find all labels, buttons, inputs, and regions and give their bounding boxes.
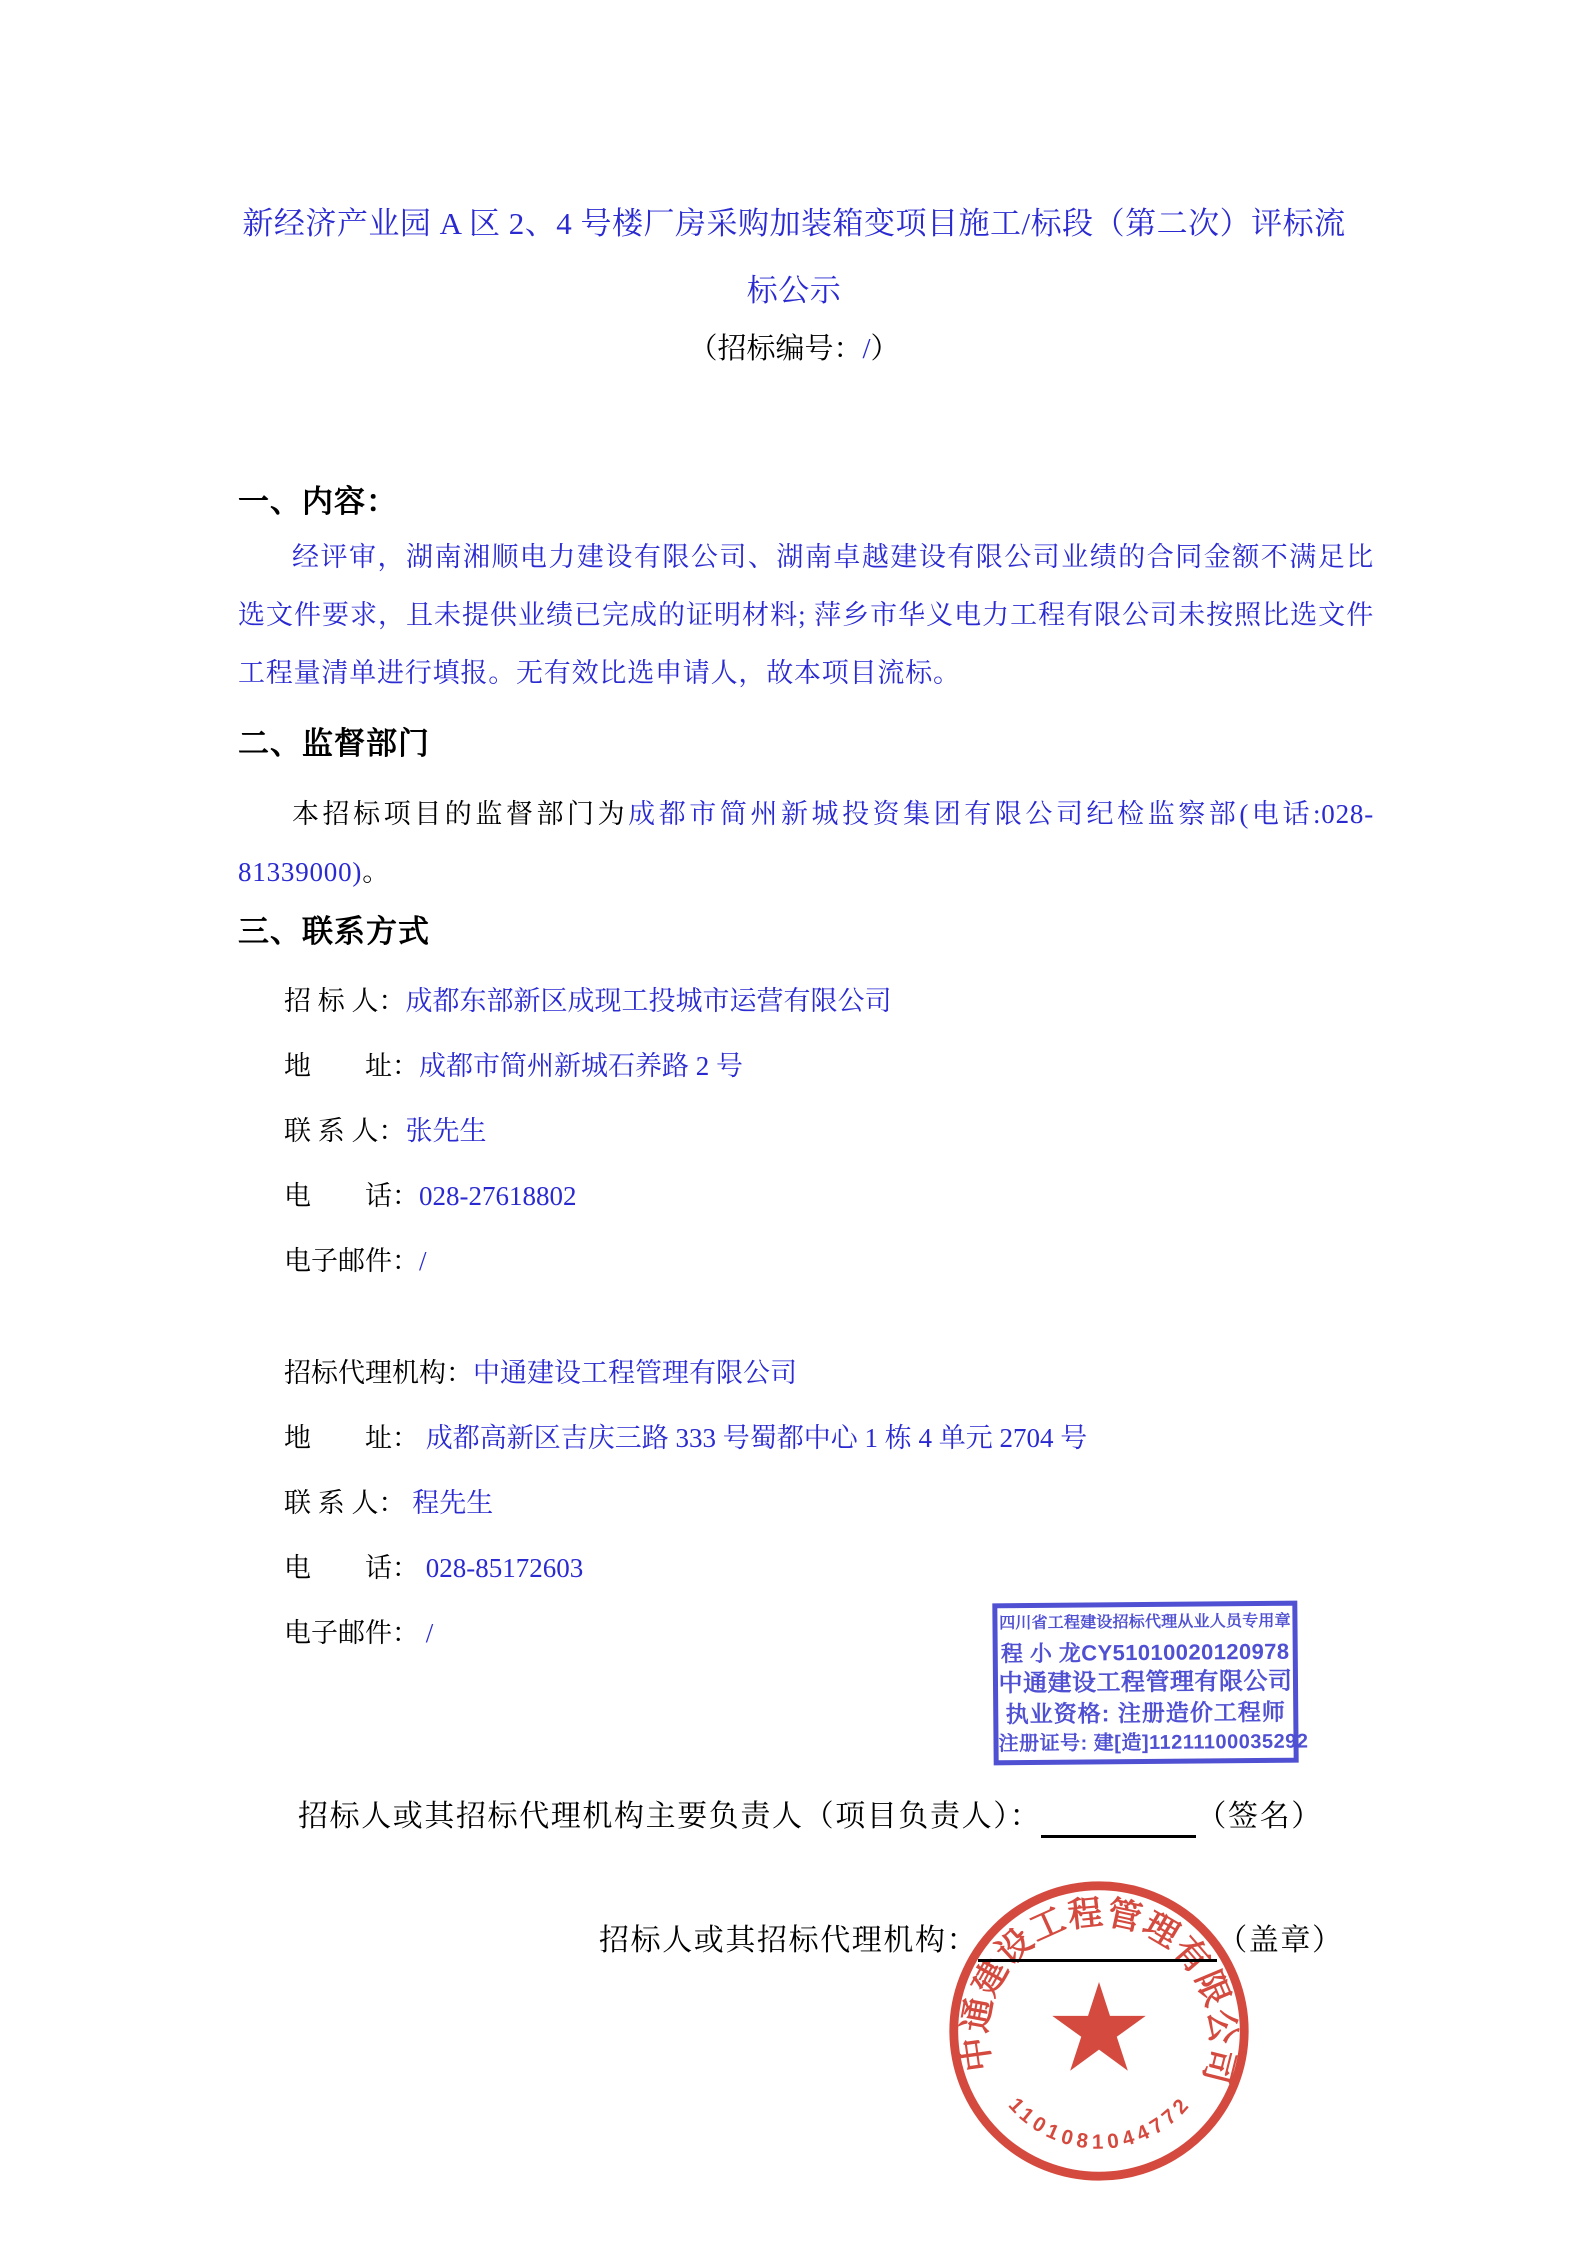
signature-blank-principal [1041, 1804, 1196, 1838]
signature-principal-suffix: （签名） [1196, 1800, 1322, 1833]
tenderer-address-value: 成都市简州新城石养路 2 号 [419, 1051, 743, 1081]
tenderer-contact-row: 联 系 人：张先生 [284, 1099, 892, 1164]
tenderer-name-value: 成都东部新区成现工投城市运营有限公司 [406, 986, 892, 1016]
agency-phone-value: 028-85172603 [419, 1553, 583, 1583]
tender-number-suffix: ） [871, 333, 900, 365]
agency-name-row: 招标代理机构：中通建设工程管理有限公司 [284, 1341, 1087, 1406]
agency-name-label: 招标代理机构： [284, 1358, 473, 1388]
tender-number-line: （招标编号：/） [0, 326, 1588, 367]
agency-name-value: 中通建设工程管理有限公司 [473, 1358, 797, 1388]
agency-address-row: 地 址： 成都高新区吉庆三路 333 号蜀都中心 1 栋 4 单元 2704 号 [284, 1406, 1087, 1471]
tenderer-address-row: 地 址：成都市简州新城石养路 2 号 [284, 1034, 892, 1099]
stamp-title-line: 四川省工程建设招标代理从业人员专用章 [997, 1607, 1292, 1640]
agency-phone-row: 电 话： 028-85172603 [284, 1536, 1087, 1601]
agency-contact-row: 联 系 人： 程先生 [284, 1471, 1087, 1536]
section-2-heading: 二、监督部门 [238, 728, 430, 759]
page-title-line1: 新经济产业园 A 区 2、4 号楼厂房采购加装箱变项目施工/标段（第二次）评标流 [0, 190, 1588, 257]
seal-number-text: 1101081044772 [1004, 2091, 1196, 2154]
tenderer-contact-block: 招 标 人：成都东部新区成现工投城市运营有限公司 地 址：成都市简州新城石养路 … [284, 969, 892, 1294]
signature-organization-suffix: （盖章） [1217, 1924, 1343, 1957]
signature-blank-organization [978, 1928, 1217, 1962]
agent-qualification-stamp: 四川省工程建设招标代理从业人员专用章 程 小 龙CY51010020120978… [992, 1601, 1298, 1766]
agency-address-label: 地 址： [284, 1423, 419, 1453]
tenderer-name-label: 招 标 人： [284, 986, 406, 1016]
signature-line-organization: 招标人或其招标代理机构：（盖章） [599, 1920, 1344, 1962]
stamp-qualification-line: 执业资格: 注册造价工程师 [998, 1697, 1293, 1730]
tenderer-phone-value: 028-27618802 [419, 1181, 577, 1211]
signature-organization-label: 招标人或其招标代理机构： [599, 1924, 978, 1957]
tenderer-email-label: 电子邮件： [284, 1246, 419, 1276]
signature-principal-label: 招标人或其招标代理机构主要负责人（项目负责人）： [298, 1800, 1041, 1833]
document-page: 新经济产业园 A 区 2、4 号楼厂房采购加装箱变项目施工/标段（第二次）评标流… [0, 0, 1588, 2244]
section-3-heading: 三、联系方式 [238, 916, 430, 947]
tenderer-phone-label: 电 话： [284, 1181, 419, 1211]
seal-star-icon [1052, 1982, 1145, 2071]
agency-contact-value: 程先生 [406, 1488, 494, 1518]
tender-number-prefix: （招标编号： [688, 333, 862, 365]
agency-contact-label: 联 系 人： [284, 1488, 406, 1518]
tenderer-address-label: 地 址： [284, 1051, 419, 1081]
agency-address-value: 成都高新区吉庆三路 333 号蜀都中心 1 栋 4 单元 2704 号 [419, 1423, 1087, 1453]
tenderer-email-row: 电子邮件：/ [284, 1229, 892, 1294]
section-1-paragraph: 经评审，湖南湘顺电力建设有限公司、湖南卓越建设有限公司业绩的合同金额不满足比选文… [238, 528, 1374, 702]
agency-email-value: / [419, 1618, 433, 1648]
section-1-heading: 一、内容： [238, 486, 398, 517]
agency-phone-label: 电 话： [284, 1553, 419, 1583]
tenderer-name-row: 招 标 人：成都东部新区成现工投城市运营有限公司 [284, 969, 892, 1034]
signature-line-principal: 招标人或其招标代理机构主要负责人（项目负责人）：（签名） [298, 1796, 1323, 1838]
agency-email-row: 电子邮件： / [284, 1601, 1087, 1666]
tender-number-value: / [862, 333, 870, 365]
agency-contact-block: 招标代理机构：中通建设工程管理有限公司 地 址： 成都高新区吉庆三路 333 号… [284, 1341, 1087, 1666]
supervision-lead-text: 本招标项目的监督部门为 [292, 799, 628, 829]
tenderer-contact-label: 联 系 人： [284, 1116, 406, 1146]
supervision-period: 。 [362, 857, 390, 887]
stamp-company-line: 中通建设工程管理有限公司 [998, 1667, 1293, 1700]
tenderer-contact-value: 张先生 [406, 1116, 487, 1146]
tenderer-phone-row: 电 话：028-27618802 [284, 1164, 892, 1229]
page-title: 新经济产业园 A 区 2、4 号楼厂房采购加装箱变项目施工/标段（第二次）评标流… [0, 190, 1588, 324]
page-title-line2: 标公示 [0, 257, 1588, 324]
stamp-certificate-line: 注册证号: 建[造]11211100035292 [998, 1727, 1293, 1760]
section-2-paragraph: 本招标项目的监督部门为成都市简州新城投资集团有限公司纪检监察部(电话:028-8… [238, 785, 1374, 901]
stamp-agent-id-line: 程 小 龙CY51010020120978 [998, 1637, 1293, 1670]
tenderer-email-value: / [419, 1246, 427, 1276]
agency-email-label: 电子邮件： [284, 1618, 419, 1648]
